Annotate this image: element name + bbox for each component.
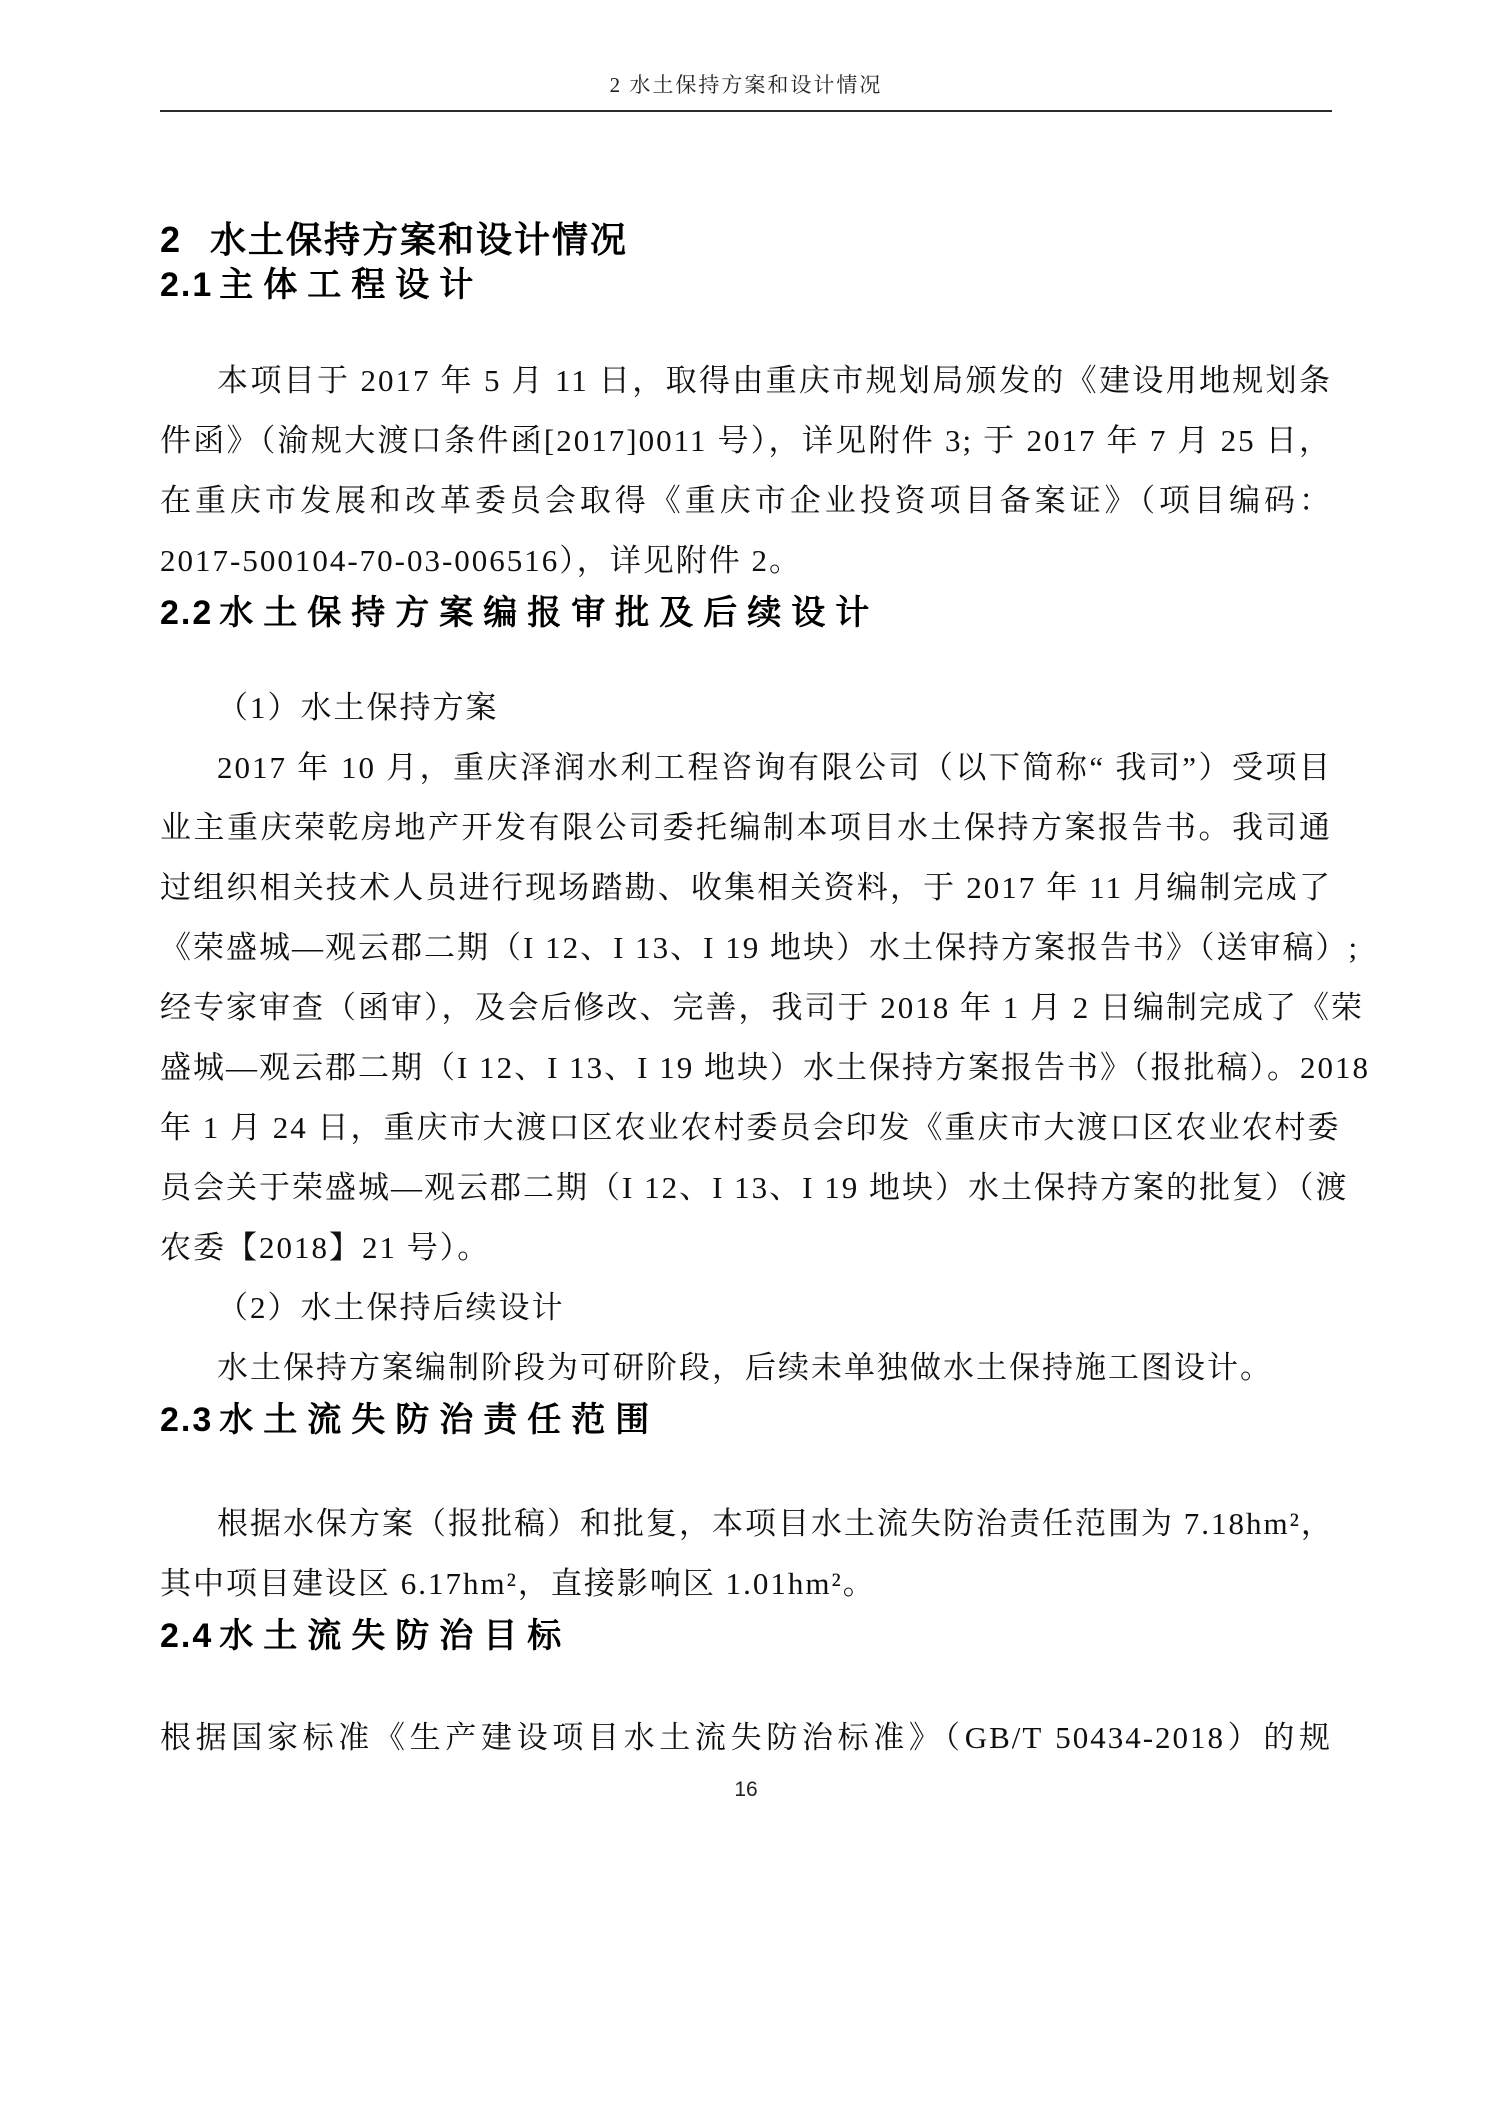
page-number: 16 [160, 1778, 1332, 1802]
section-2-1-title: 主体工程设计 [219, 266, 483, 304]
text-line: （2）水土保持后续设计 [160, 1278, 1332, 1338]
list-item-1: （1）水土保持方案 [160, 678, 1332, 738]
para-2-4: 根据国家标准《生产建设项目水土流失防治标准》（GB/T 50434-2018）的… [160, 1708, 1332, 1768]
section-2-3-title: 水土流失防治责任范围 [219, 1401, 659, 1439]
para-2-2-followup: 水土保持方案编制阶段为可研阶段，后续未单独做水土保持施工图设计。 [160, 1338, 1332, 1398]
text-line: 本项目于 2017 年 5 月 11 日，取得由重庆市规划局颁发的《建设用地规划… [160, 351, 1332, 411]
header-rule [160, 110, 1332, 112]
chapter-title: 2水土保持方案和设计情况 [160, 216, 1332, 263]
chapter-number: 2 [160, 219, 182, 260]
chapter-title-text: 水土保持方案和设计情况 [210, 219, 628, 260]
section-2-4-heading: 2.4水土流失防治目标 [160, 1614, 1332, 1658]
section-2-3-heading: 2.3水土流失防治责任范围 [160, 1398, 1332, 1442]
para-2-1: 本项目于 2017 年 5 月 11 日，取得由重庆市规划局颁发的《建设用地规划… [160, 351, 1332, 591]
text-line: （1）水土保持方案 [160, 678, 1332, 738]
text-line: 《荣盛城—观云郡二期（I 12、I 13、I 19 地块）水土保持方案报告书》（… [160, 918, 1332, 978]
text-line: 农委【2018】21 号）。 [160, 1218, 1332, 1278]
text-line: 根据水保方案（报批稿）和批复，本项目水土流失防治责任范围为 7.18hm²， [160, 1494, 1332, 1554]
section-2-4-title: 水土流失防治目标 [219, 1617, 571, 1655]
list-item-2: （2）水土保持后续设计 [160, 1278, 1332, 1338]
text-line: 过组织相关技术人员进行现场踏勘、收集相关资料，于 2017 年 11 月编制完成… [160, 858, 1332, 918]
text-line: 在重庆市发展和改革委员会取得《重庆市企业投资项目备案证》（项目编码： [160, 471, 1332, 531]
text-line: 件函》（渝规大渡口条件函[2017]0011 号），详见附件 3; 于 2017… [160, 411, 1332, 471]
running-header: 2 水土保持方案和设计情况 [160, 0, 1332, 98]
document-page: 2 水土保持方案和设计情况 2水土保持方案和设计情况 2.1主体工程设计 本项目… [0, 0, 1488, 2104]
text-line: 年 1 月 24 日，重庆市大渡口区农业农村委员会印发《重庆市大渡口区农业农村委 [160, 1098, 1332, 1158]
text-line: 员会关于荣盛城—观云郡二期（I 12、I 13、I 19 地块）水土保持方案的批… [160, 1158, 1332, 1218]
text-line: 根据国家标准《生产建设项目水土流失防治标准》（GB/T 50434-2018）的… [160, 1708, 1332, 1768]
text-line: 业主重庆荣乾房地产开发有限公司委托编制本项目水土保持方案报告书。我司通 [160, 798, 1332, 858]
section-2-2-title: 水土保持方案编报审批及后续设计 [219, 594, 879, 632]
text-line: 水土保持方案编制阶段为可研阶段，后续未单独做水土保持施工图设计。 [160, 1338, 1332, 1398]
para-2-3: 根据水保方案（报批稿）和批复，本项目水土流失防治责任范围为 7.18hm²， 其… [160, 1494, 1332, 1614]
section-2-1-number: 2.1 [160, 266, 213, 304]
section-2-4-number: 2.4 [160, 1617, 213, 1655]
section-2-3-number: 2.3 [160, 1401, 213, 1439]
section-2-2-heading: 2.2水土保持方案编报审批及后续设计 [160, 591, 1332, 635]
para-2-2: 2017 年 10 月，重庆泽润水利工程咨询有限公司（以下简称“ 我司”）受项目… [160, 738, 1332, 1278]
text-line: 2017-500104-70-03-006516），详见附件 2。 [160, 531, 1332, 591]
text-line: 盛城—观云郡二期（I 12、I 13、I 19 地块）水土保持方案报告书》（报批… [160, 1038, 1332, 1098]
section-2-1-heading: 2.1主体工程设计 [160, 263, 1332, 307]
text-line: 其中项目建设区 6.17hm²，直接影响区 1.01hm²。 [160, 1554, 1332, 1614]
text-line: 2017 年 10 月，重庆泽润水利工程咨询有限公司（以下简称“ 我司”）受项目 [160, 738, 1332, 798]
section-2-2-number: 2.2 [160, 594, 213, 632]
text-line: 经专家审查（函审），及会后修改、完善，我司于 2018 年 1 月 2 日编制完… [160, 978, 1332, 1038]
